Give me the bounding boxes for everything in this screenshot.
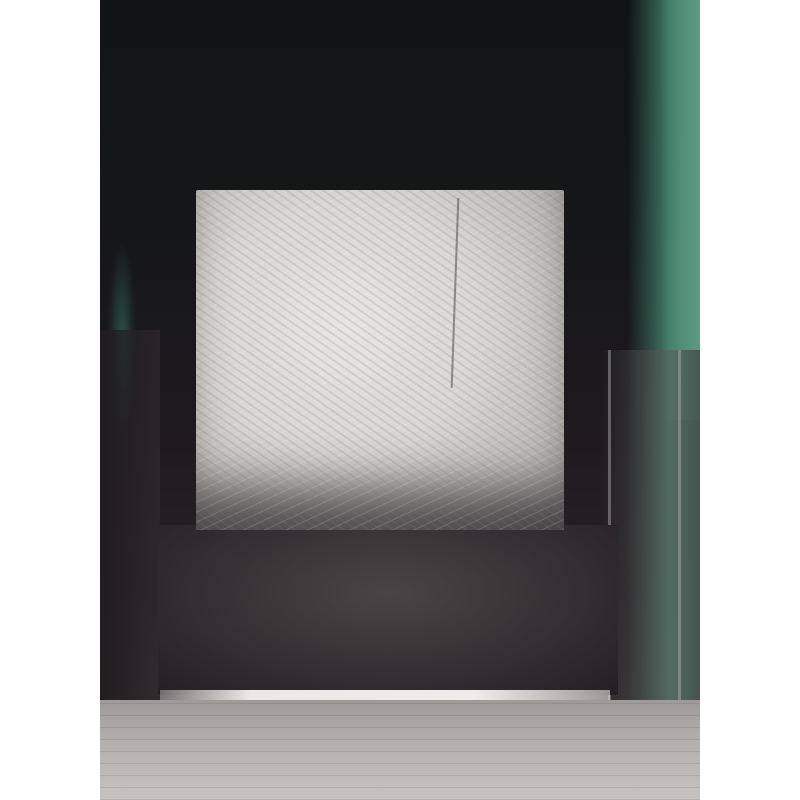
wall-crack [451, 198, 460, 388]
photo [100, 0, 700, 800]
corridor-floor [100, 700, 700, 800]
bright-square-opening [196, 190, 564, 530]
lower-dark-wall [158, 525, 618, 695]
light-strip-horizon [160, 690, 610, 700]
